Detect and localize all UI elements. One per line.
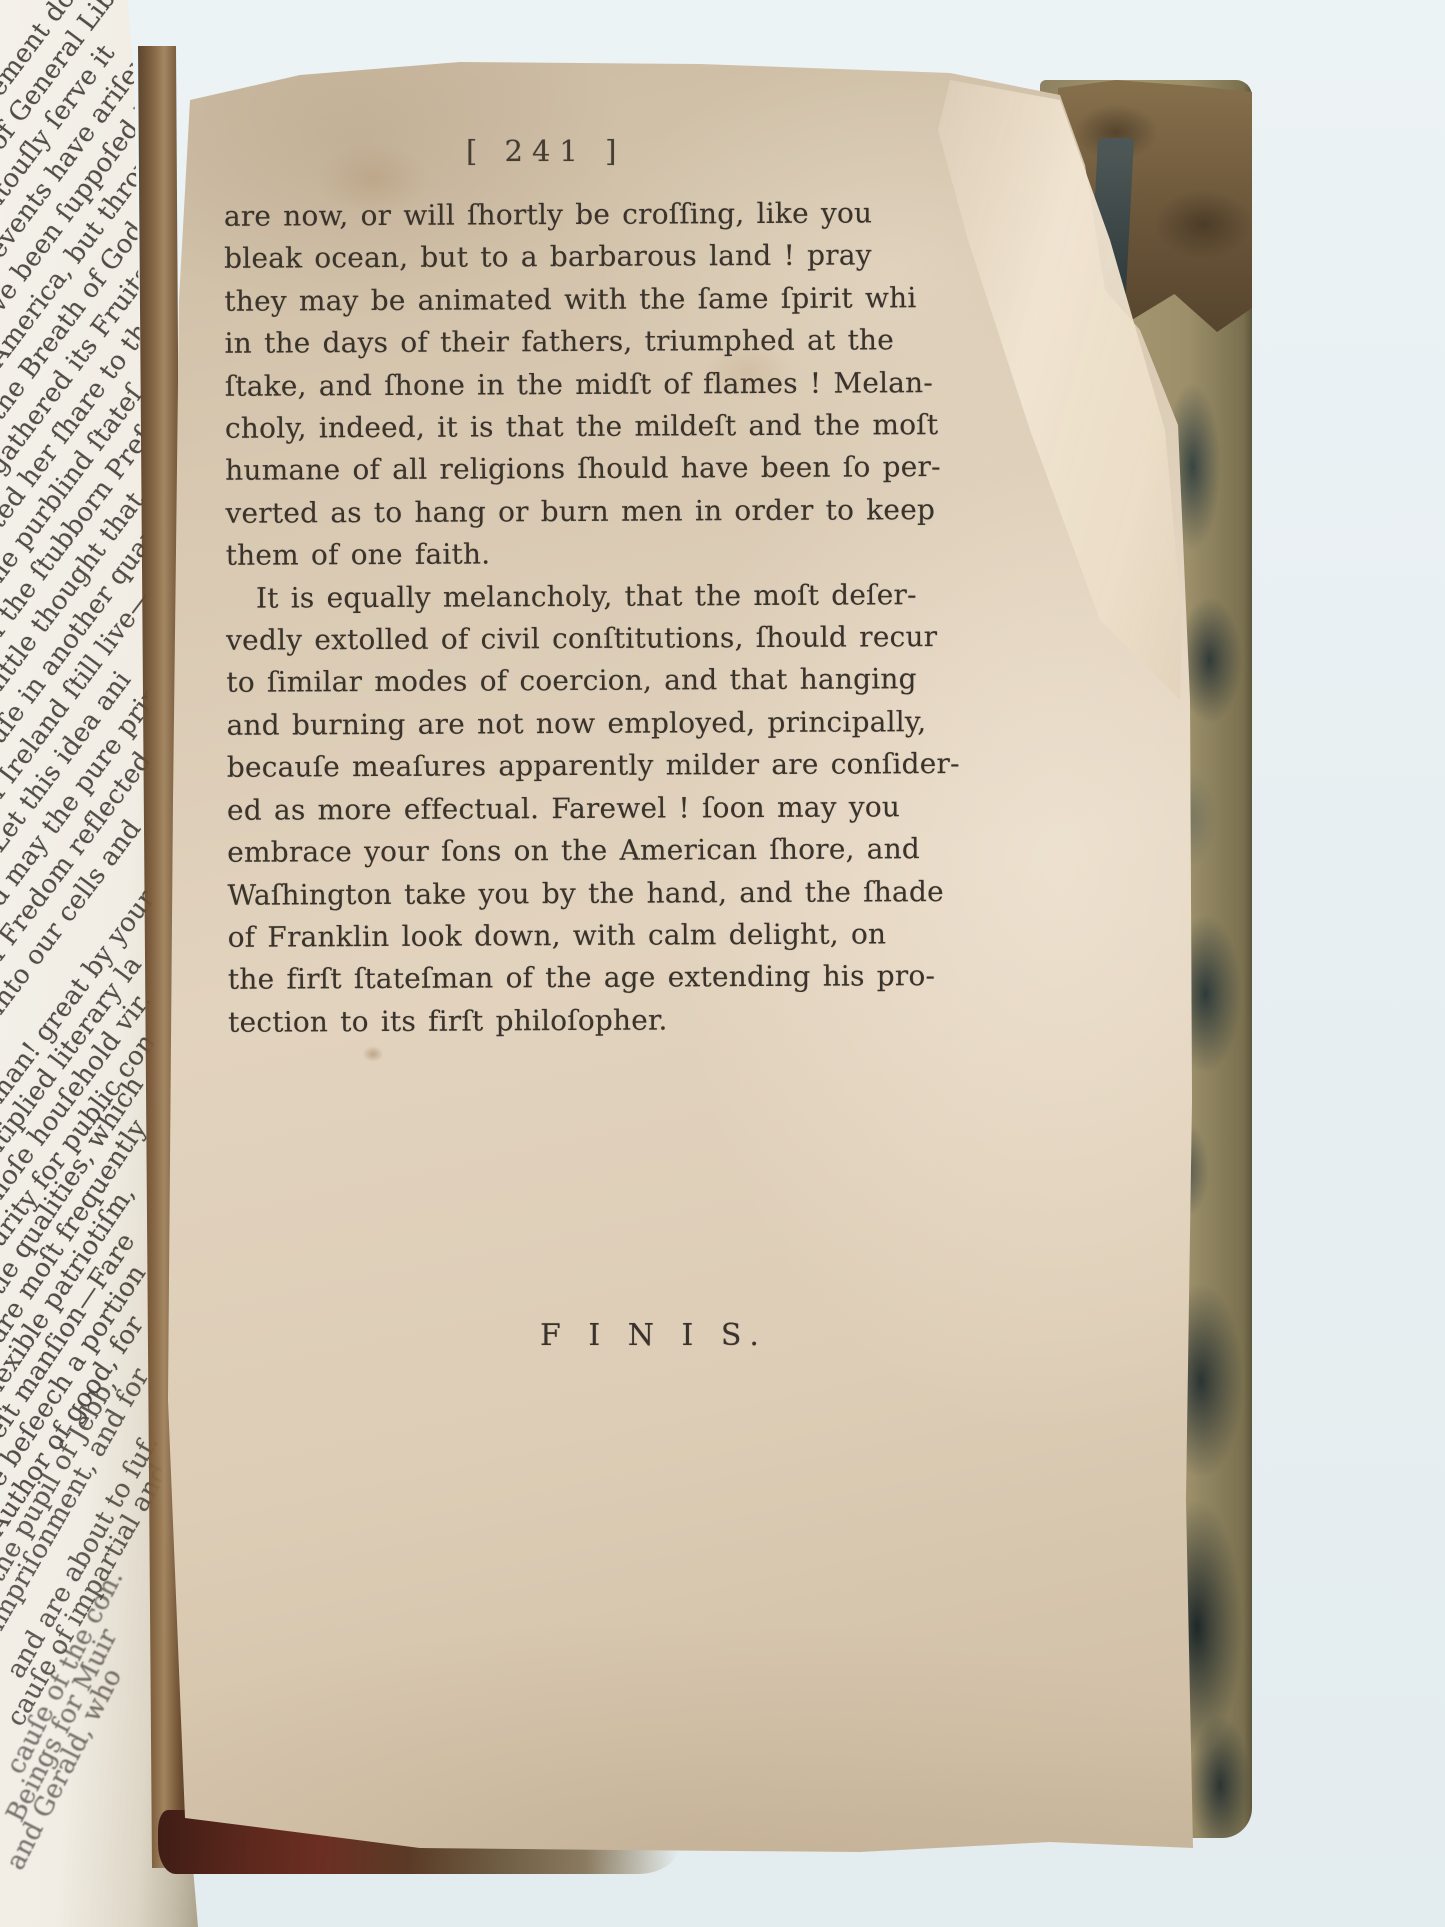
body-text-line: and burning are not now employed, princi… [226, 701, 916, 747]
body-text-line: the firſt ſtateſman of the age extending… [228, 956, 918, 1002]
body-text-line: ſtake, and ſhone in the midſt of flames … [225, 362, 915, 408]
page-number-header: [ 241 ] [466, 134, 625, 168]
body-text-line: bleak ocean, but to a barbarous land ! p… [224, 235, 914, 281]
body-text-line: them of one faith. [226, 531, 916, 577]
body-text-line: ed as more effectual. Farewel ! ſoon may… [227, 786, 917, 832]
body-text-line: to ſimilar modes of coercion, and that h… [226, 659, 916, 705]
body-text-line: It is equally melancholy, that the moſt … [226, 574, 916, 620]
body-text-line: they may be animated with the ſame ſpiri… [224, 277, 914, 323]
page-stain [360, 1044, 386, 1064]
body-text-line: of Franklin look down, with calm delight… [228, 913, 918, 959]
body-text-line: tection to its firſt philoſopher. [228, 998, 918, 1044]
book-photograph: ement downward,of General Liber.itouſly … [0, 0, 1445, 1927]
body-text-line: embrace your ſons on the American ſhore,… [227, 828, 917, 874]
body-text-line: becauſe meaſures apparently milder are c… [227, 743, 917, 789]
body-text-line: vedly extolled of civil conſtitutions, ſ… [226, 616, 916, 662]
body-text-line: are now, or will ſhortly be croſſing, li… [224, 192, 914, 238]
body-text-block: are now, or will ſhortly be croſſing, li… [224, 192, 918, 1044]
body-text-line: Waſhington take you by the hand, and the… [227, 871, 917, 917]
finis-label: F I N I S. [540, 1318, 768, 1353]
body-text-line: verted as to hang or burn men in order t… [225, 489, 915, 535]
body-text-line: humane of all religions ſhould have been… [225, 447, 915, 493]
body-text-line: choly, indeed, it is that the mildeſt an… [225, 404, 915, 450]
body-text-line: in the days of their fathers, triumphed … [224, 319, 914, 365]
